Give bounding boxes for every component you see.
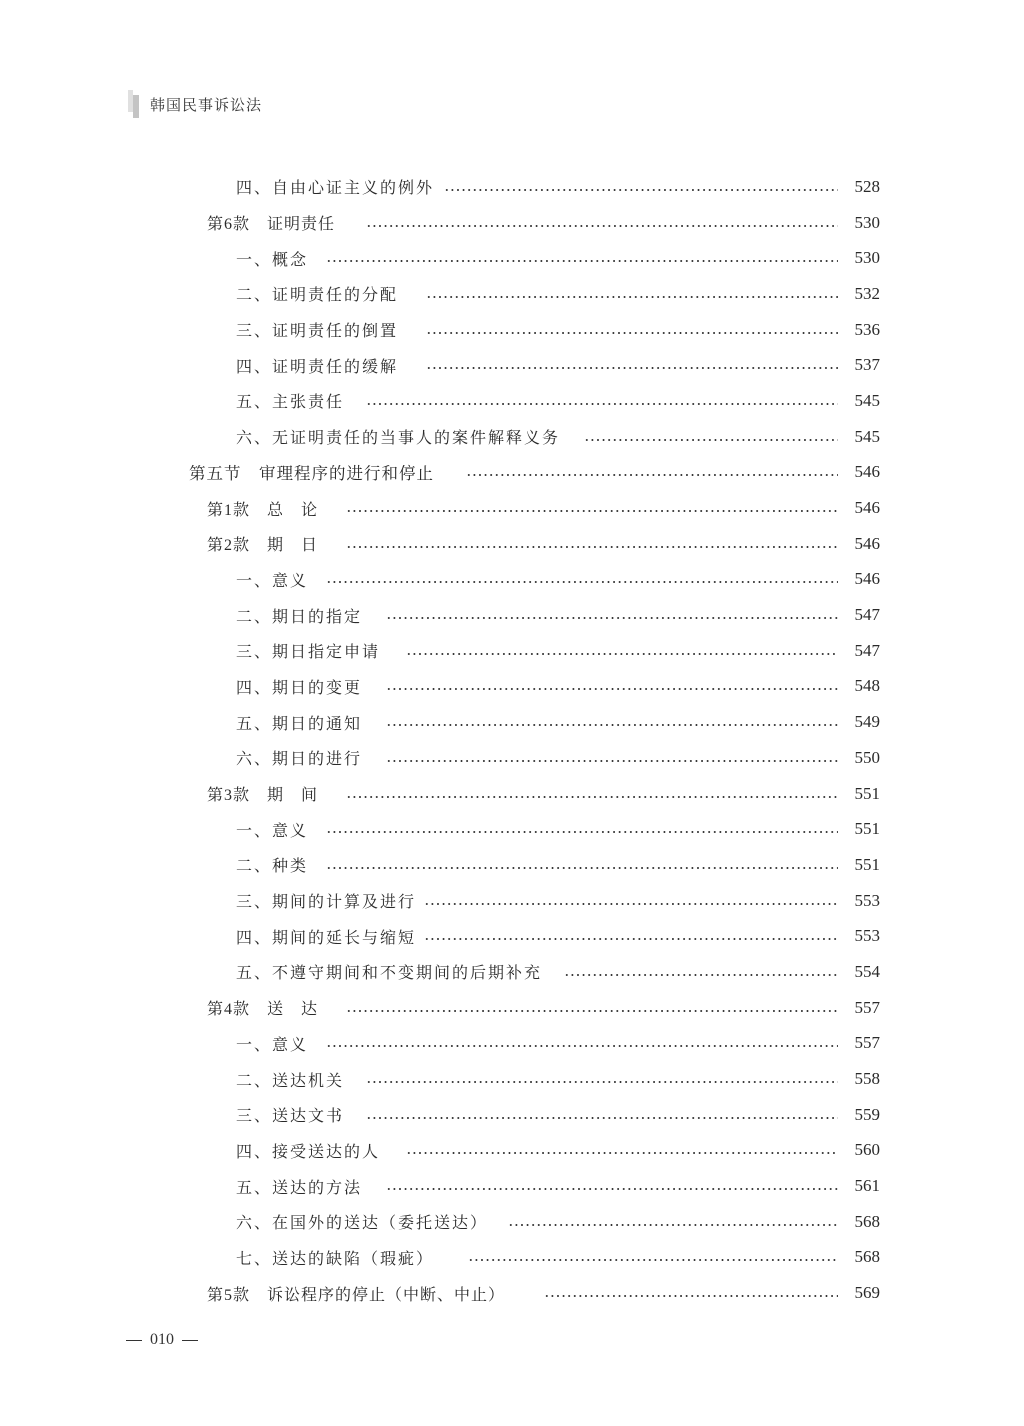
toc-entry-title: 六、期日的进行 <box>236 746 368 769</box>
toc-entry-title: 第4款 送 达 <box>207 996 324 1019</box>
toc-entry-title: 二、送达机关 <box>236 1068 350 1091</box>
toc-entry-item[interactable]: 四、证明责任的缓解537 <box>0 347 1024 383</box>
toc-entry-title: 七、送达的缺陷（瑕疵） <box>236 1246 440 1269</box>
toc-page-number: 557 <box>848 1033 880 1053</box>
page-number: 010 <box>150 1331 174 1349</box>
dot-leader <box>564 974 838 976</box>
dot-leader <box>584 439 838 441</box>
toc-entry-item[interactable]: 六、无证明责任的当事人的案件解释义务545 <box>0 419 1024 455</box>
toc-page-number: 551 <box>848 855 880 875</box>
toc-page-number: 546 <box>848 498 880 518</box>
toc-entry-item[interactable]: 一、意义546 <box>0 562 1024 598</box>
dot-leader <box>508 1224 838 1226</box>
toc-entry-item[interactable]: 五、送达的方法561 <box>0 1168 1024 1204</box>
toc-entry-item[interactable]: 三、期日指定申请547 <box>0 633 1024 669</box>
dot-leader <box>346 796 838 798</box>
toc-entry-title: 二、期日的指定 <box>236 604 368 627</box>
toc-entry-item[interactable]: 一、概念530 <box>0 240 1024 276</box>
dot-leader <box>326 260 838 262</box>
dot-leader <box>326 581 838 583</box>
toc-entry-title: 四、期日的变更 <box>236 675 368 698</box>
toc-entry-item[interactable]: 二、种类551 <box>0 847 1024 883</box>
page-footer: 010 <box>126 1331 198 1349</box>
dot-leader <box>466 474 838 476</box>
dot-leader <box>426 367 838 369</box>
dot-leader <box>426 296 838 298</box>
dot-leader <box>386 724 838 726</box>
dot-leader <box>444 189 838 191</box>
dot-leader <box>366 225 838 227</box>
toc-page-number: 558 <box>848 1069 880 1089</box>
dot-leader <box>346 546 838 548</box>
dot-leader <box>406 1152 838 1154</box>
toc-entry-article[interactable]: 第3款 期 间551 <box>0 776 1024 812</box>
dot-leader <box>386 688 838 690</box>
toc-page-number: 561 <box>848 1176 880 1196</box>
toc-page-number: 546 <box>848 462 880 482</box>
toc-entry-title: 一、意义 <box>236 568 314 591</box>
toc-entry-title: 五、主张责任 <box>236 389 350 412</box>
toc-entry-title: 二、种类 <box>236 853 314 876</box>
toc-entry-title: 六、无证明责任的当事人的案件解释义务 <box>236 425 566 448</box>
toc-page-number: 551 <box>848 819 880 839</box>
toc-entry-section[interactable]: 第五节 审理程序的进行和停止546 <box>0 455 1024 491</box>
table-of-contents: 四、自由心证主义的例外528第6款 证明责任530一、概念530二、证明责任的分… <box>0 169 1024 1311</box>
running-header: 韩国民事诉讼法 <box>128 88 262 120</box>
header-bar-dark <box>133 95 139 118</box>
dot-leader <box>424 903 838 905</box>
toc-entry-item[interactable]: 五、主张责任545 <box>0 383 1024 419</box>
toc-entry-article[interactable]: 第5款 诉讼程序的停止（中断、中止）569 <box>0 1275 1024 1311</box>
toc-entry-article[interactable]: 第1款 总 论546 <box>0 490 1024 526</box>
toc-page-number: 530 <box>848 213 880 233</box>
toc-entry-title: 三、期间的计算及进行 <box>236 889 422 912</box>
toc-page-number: 560 <box>848 1140 880 1160</box>
toc-page-number: 532 <box>848 284 880 304</box>
header-bar-decoration <box>128 88 142 120</box>
toc-entry-title: 二、证明责任的分配 <box>236 282 404 305</box>
toc-entry-title: 第3款 期 间 <box>207 782 324 805</box>
toc-entry-title: 六、在国外的送达（委托送达） <box>236 1210 494 1233</box>
dot-leader <box>366 1117 838 1119</box>
toc-entry-title: 五、期日的通知 <box>236 711 368 734</box>
toc-entry-item[interactable]: 七、送达的缺陷（瑕疵）568 <box>0 1240 1024 1276</box>
toc-page-number: 550 <box>848 748 880 768</box>
toc-page-number: 559 <box>848 1105 880 1125</box>
toc-page-number: 536 <box>848 320 880 340</box>
toc-page-number: 547 <box>848 641 880 661</box>
toc-entry-item[interactable]: 四、期间的延长与缩短553 <box>0 918 1024 954</box>
toc-page-number: 557 <box>848 998 880 1018</box>
toc-entry-title: 五、不遵守期间和不变期间的后期补充 <box>236 960 548 983</box>
dot-leader <box>346 1010 838 1012</box>
toc-page-number: 553 <box>848 926 880 946</box>
toc-page-number: 545 <box>848 427 880 447</box>
dot-leader <box>406 653 838 655</box>
toc-entry-title: 第1款 总 论 <box>207 497 324 520</box>
toc-entry-title: 三、期日指定申请 <box>236 639 386 662</box>
toc-entry-title: 四、接受送达的人 <box>236 1139 386 1162</box>
dot-leader <box>386 1188 838 1190</box>
toc-entry-title: 一、意义 <box>236 1032 314 1055</box>
toc-entry-title: 第6款 证明责任 <box>207 211 341 234</box>
toc-page-number: 553 <box>848 891 880 911</box>
toc-entry-item[interactable]: 四、自由心证主义的例外528 <box>0 169 1024 205</box>
dot-leader <box>424 938 838 940</box>
toc-entry-title: 三、证明责任的倒置 <box>236 318 404 341</box>
toc-entry-title: 四、证明责任的缓解 <box>236 354 404 377</box>
toc-entry-article[interactable]: 第4款 送 达557 <box>0 990 1024 1026</box>
dot-leader <box>326 867 838 869</box>
toc-entry-item[interactable]: 六、在国外的送达（委托送达）568 <box>0 1204 1024 1240</box>
toc-page-number: 537 <box>848 355 880 375</box>
toc-entry-item[interactable]: 四、接受送达的人560 <box>0 1133 1024 1169</box>
toc-page-number: 548 <box>848 676 880 696</box>
book-title: 韩国民事诉讼法 <box>150 94 262 115</box>
toc-page-number: 554 <box>848 962 880 982</box>
toc-page-number: 551 <box>848 784 880 804</box>
dot-leader <box>366 1081 838 1083</box>
toc-entry-item[interactable]: 四、期日的变更548 <box>0 669 1024 705</box>
toc-entry-item[interactable]: 一、意义551 <box>0 811 1024 847</box>
toc-entry-title: 一、概念 <box>236 247 314 270</box>
toc-entry-title: 第5款 诉讼程序的停止（中断、中止） <box>207 1282 511 1305</box>
toc-entry-item[interactable]: 二、期日的指定547 <box>0 597 1024 633</box>
toc-page-number: 546 <box>848 569 880 589</box>
dot-leader <box>326 1045 838 1047</box>
dot-leader <box>326 831 838 833</box>
toc-page-number: 545 <box>848 391 880 411</box>
dot-leader <box>346 510 838 512</box>
toc-entry-title: 一、意义 <box>236 818 314 841</box>
dot-leader <box>386 617 838 619</box>
toc-page-number: 569 <box>848 1283 880 1303</box>
toc-page-number: 530 <box>848 248 880 268</box>
toc-entry-item[interactable]: 一、意义557 <box>0 1026 1024 1062</box>
toc-entry-title: 三、送达文书 <box>236 1103 350 1126</box>
dot-leader <box>386 760 838 762</box>
toc-page-number: 568 <box>848 1212 880 1232</box>
toc-page-number: 549 <box>848 712 880 732</box>
dot-leader <box>468 1259 838 1261</box>
footer-dash-left <box>126 1340 142 1341</box>
toc-page-number: 547 <box>848 605 880 625</box>
toc-entry-item[interactable]: 二、送达机关558 <box>0 1061 1024 1097</box>
toc-entry-title: 四、期间的延长与缩短 <box>236 925 422 948</box>
toc-entry-item[interactable]: 五、期日的通知549 <box>0 704 1024 740</box>
toc-entry-title: 四、自由心证主义的例外 <box>236 175 440 198</box>
toc-entry-title: 五、送达的方法 <box>236 1175 368 1198</box>
toc-entry-item[interactable]: 三、期间的计算及进行553 <box>0 883 1024 919</box>
toc-entry-article[interactable]: 第2款 期 日546 <box>0 526 1024 562</box>
toc-entry-item[interactable]: 五、不遵守期间和不变期间的后期补充554 <box>0 954 1024 990</box>
toc-entry-article[interactable]: 第6款 证明责任530 <box>0 205 1024 241</box>
footer-dash-right <box>182 1340 198 1341</box>
toc-entry-item[interactable]: 六、期日的进行550 <box>0 740 1024 776</box>
dot-leader <box>544 1295 838 1297</box>
toc-entry-item[interactable]: 三、送达文书559 <box>0 1097 1024 1133</box>
toc-entry-item[interactable]: 二、证明责任的分配532 <box>0 276 1024 312</box>
toc-entry-title: 第五节 审理程序的进行和停止 <box>189 460 440 484</box>
toc-entry-item[interactable]: 三、证明责任的倒置536 <box>0 312 1024 348</box>
toc-entry-title: 第2款 期 日 <box>207 532 324 555</box>
toc-page-number: 568 <box>848 1247 880 1267</box>
dot-leader <box>426 332 838 334</box>
toc-page-number: 546 <box>848 534 880 554</box>
toc-page-number: 528 <box>848 177 880 197</box>
dot-leader <box>366 403 838 405</box>
